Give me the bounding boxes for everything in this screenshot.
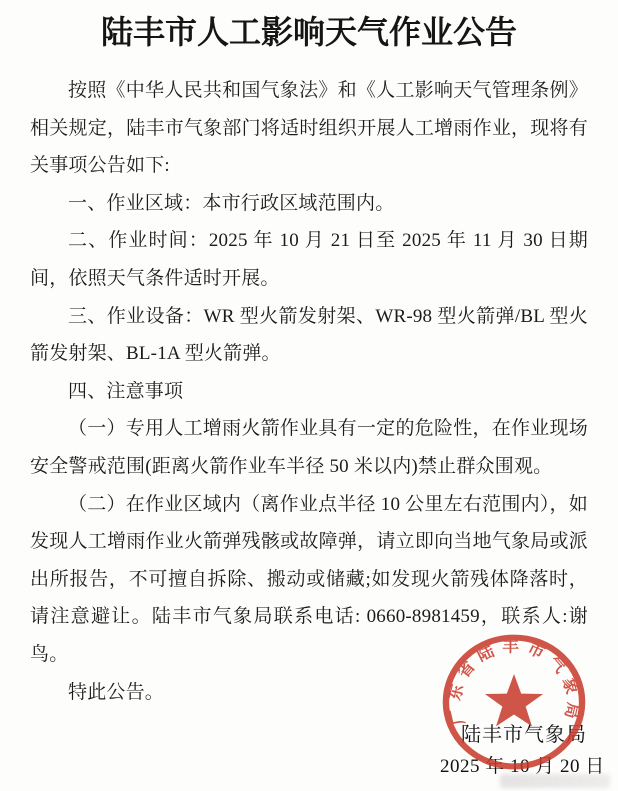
paragraph-section-3: 三、作业设备：WR 型火箭发射架、WR-98 型火箭弹/BL 型火箭发射架、BL… — [30, 298, 588, 373]
document-body: 按照《中华人民共和国气象法》和《人工影响天气管理条例》相关规定，陆丰市气象部门将… — [30, 72, 588, 711]
paragraph-section-2: 二、作业时间：2025 年 10 月 21 日至 2025 年 11 月 30 … — [30, 222, 588, 297]
paragraph-section-1: 一、作业区域：本市行政区域范围内。 — [30, 185, 588, 223]
official-seal: 广东省陆丰市气象局 — [440, 632, 588, 772]
paragraph-section-4: 四、注意事项 — [30, 373, 588, 411]
seal-star-icon — [485, 674, 543, 726]
paragraph-intro: 按照《中华人民共和国气象法》和《人工影响天气管理条例》相关规定，陆丰市气象部门将… — [30, 72, 588, 185]
paragraph-note-1: （一）专用人工增雨火箭作业具有一定的危险性，在作业现场安全警戒范围(距离火箭作业… — [30, 410, 588, 485]
document-title: 陆丰市人工影响天气作业公告 — [0, 0, 618, 52]
announcement-document: 陆丰市人工影响天气作业公告 按照《中华人民共和国气象法》和《人工影响天气管理条例… — [0, 0, 618, 791]
